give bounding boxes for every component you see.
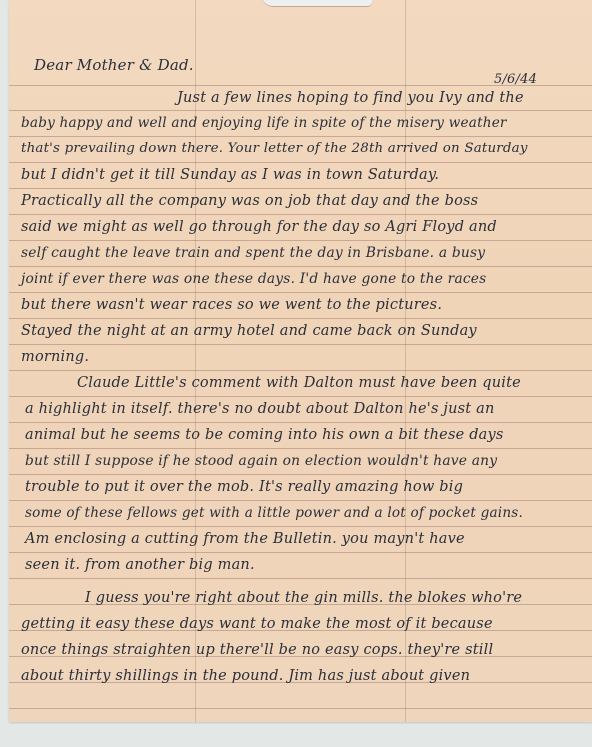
ruled-line bbox=[9, 474, 592, 475]
ruled-line bbox=[9, 110, 592, 111]
ruled-line bbox=[9, 396, 592, 397]
letter-date: 5/6/44 bbox=[494, 72, 537, 87]
letter-line: baby happy and well and enjoying life in… bbox=[21, 115, 507, 131]
ruled-line bbox=[9, 422, 592, 423]
ruled-line bbox=[9, 318, 592, 319]
letter-line: seen it. from another big man. bbox=[25, 557, 255, 573]
letter-line: trouble to put it over the mob. It's rea… bbox=[25, 479, 463, 495]
ruled-line bbox=[9, 188, 592, 189]
ruled-line bbox=[9, 240, 592, 241]
letter-line: that's prevailing down there. Your lette… bbox=[21, 141, 528, 156]
ruled-line bbox=[9, 162, 592, 163]
ruled-line bbox=[9, 708, 592, 709]
ruled-line bbox=[9, 526, 592, 527]
letter-line: said we might as well go through for the… bbox=[21, 219, 497, 235]
letter-line: I guess you're right about the gin mills… bbox=[85, 590, 522, 606]
letter-line: animal but he seems to be coming into hi… bbox=[25, 427, 504, 443]
letter-line: about thirty shillings in the pound. Jim… bbox=[21, 668, 470, 684]
letter-page: Dear Mother & Dad. 5/6/44 Just a few lin… bbox=[9, 0, 592, 722]
letter-line: morning. bbox=[21, 349, 89, 365]
letter-line: some of these fellows get with a little … bbox=[25, 505, 523, 521]
letter-line: but there wasn't wear races so we went t… bbox=[21, 297, 442, 313]
ruled-line bbox=[9, 344, 592, 345]
letter-line: once things straighten up there'll be no… bbox=[21, 642, 493, 658]
letter-line: getting it easy these days want to make … bbox=[21, 616, 493, 632]
letter-line: joint if ever there was one these days. … bbox=[21, 271, 486, 287]
document-viewer: Dear Mother & Dad. 5/6/44 Just a few lin… bbox=[0, 0, 592, 747]
letter-line: but still I suppose if he stood again on… bbox=[25, 453, 497, 469]
ruled-line bbox=[9, 136, 592, 137]
letter-line: Practically all the company was on job t… bbox=[21, 193, 478, 209]
ruled-line bbox=[9, 500, 592, 501]
letter-line: a highlight in itself. there's no doubt … bbox=[25, 401, 495, 417]
letter-line: Claude Little's comment with Dalton must… bbox=[77, 375, 521, 391]
letter-line: Stayed the night at an army hotel and ca… bbox=[21, 323, 477, 339]
ruled-line bbox=[9, 292, 592, 293]
fold-crease bbox=[405, 0, 406, 722]
fold-crease bbox=[195, 0, 196, 722]
ruled-line bbox=[9, 578, 592, 579]
ruled-line bbox=[9, 214, 592, 215]
letter-line: Just a few lines hoping to find you Ivy … bbox=[177, 90, 524, 106]
letter-line: Am enclosing a cutting from the Bulletin… bbox=[25, 531, 465, 547]
ruled-line bbox=[9, 370, 592, 371]
letter-line: self caught the leave train and spent th… bbox=[21, 245, 485, 261]
salutation: Dear Mother & Dad. bbox=[34, 56, 194, 74]
torn-edge bbox=[262, 0, 372, 7]
letter-line: but I didn't get it till Sunday as I was… bbox=[21, 167, 439, 183]
ruled-line bbox=[9, 448, 592, 449]
ruled-line bbox=[9, 552, 592, 553]
ruled-line bbox=[9, 266, 592, 267]
